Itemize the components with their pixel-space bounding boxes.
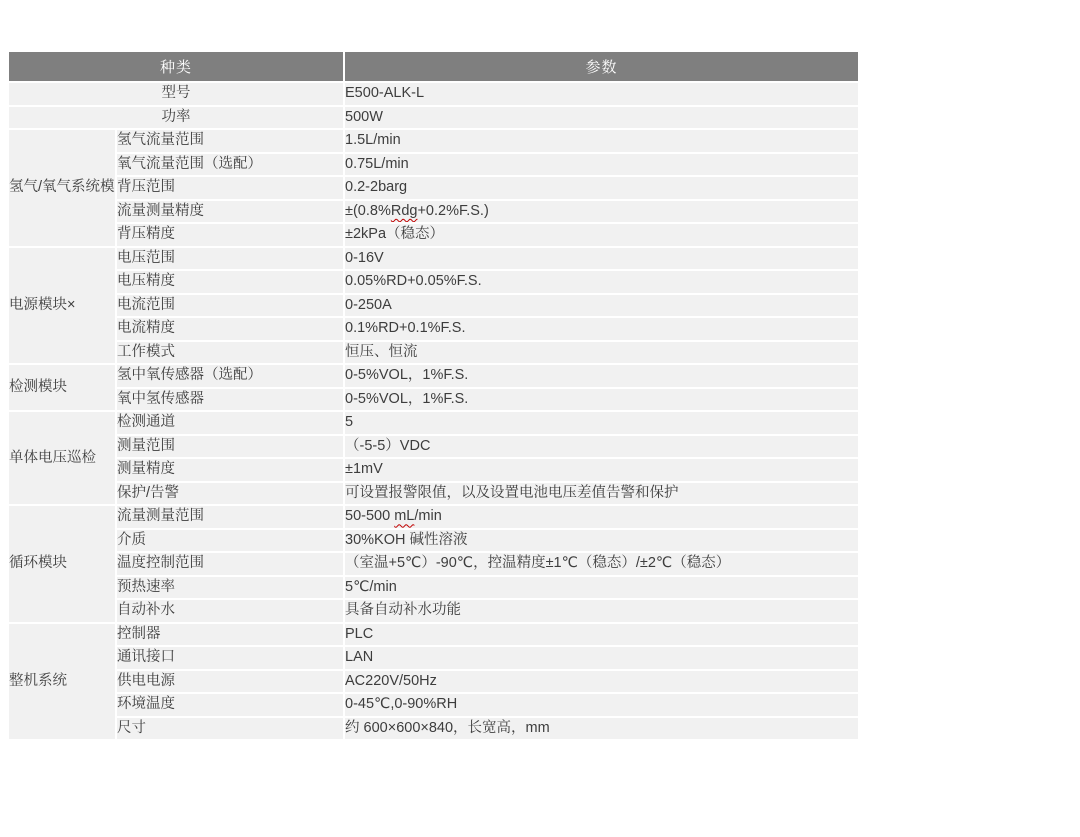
table-row: 尺寸 约 600×600×840，长宽高，mm: [8, 717, 859, 741]
param-name: 供电电源: [116, 670, 344, 694]
param-value: ±2kPa（稳态）: [344, 223, 859, 247]
param-value: 0-5%VOL，1%F.S.: [344, 364, 859, 388]
table-row: 检测模块 氢中氧传感器（选配） 0-5%VOL，1%F.S.: [8, 364, 859, 388]
table-row: 流量测量精度 ±(0.8%Rdg+0.2%F.S.): [8, 200, 859, 224]
param-name: 型号: [8, 82, 344, 106]
table-row: 背压精度 ±2kPa（稳态）: [8, 223, 859, 247]
param-name: 电压精度: [116, 270, 344, 294]
param-value: 0-5%VOL，1%F.S.: [344, 388, 859, 412]
table-row: 背压范围 0.2-2barg: [8, 176, 859, 200]
table-row: 型号 E500-ALK-L: [8, 82, 859, 106]
param-name: 尺寸: [116, 717, 344, 741]
spellcheck-underlined-text: Rdg: [391, 203, 418, 219]
param-name: 电压范围: [116, 247, 344, 271]
param-name: 工作模式: [116, 341, 344, 365]
param-value: AC220V/50Hz: [344, 670, 859, 694]
param-value: 5: [344, 411, 859, 435]
value-text: +0.2%F.S.): [417, 203, 488, 219]
param-name: 温度控制范围: [116, 552, 344, 576]
spellcheck-underlined-text: mL: [394, 508, 414, 524]
value-text: 50-500: [345, 508, 394, 524]
group-label: 循环模块: [8, 505, 116, 623]
param-name: 测量范围: [116, 435, 344, 459]
param-name: 检测通道: [116, 411, 344, 435]
param-value: E500-ALK-L: [344, 82, 859, 106]
value-text: /min: [414, 508, 441, 524]
param-value: PLC: [344, 623, 859, 647]
value-text: ±(0.8%: [345, 203, 391, 219]
param-value: 500W: [344, 106, 859, 130]
param-name: 流量测量范围: [116, 505, 344, 529]
spec-table: 种类 参数 型号 E500-ALK-L 功率 500W 氢气/氧气系统模块 氢气…: [7, 50, 860, 741]
param-name: 自动补水: [116, 599, 344, 623]
param-value: ±(0.8%Rdg+0.2%F.S.): [344, 200, 859, 224]
param-name: 通讯接口: [116, 646, 344, 670]
table-row: 介质 30%KOH 碱性溶液: [8, 529, 859, 553]
param-value: 具备自动补水功能: [344, 599, 859, 623]
table-row: 单体电压巡检 检测通道 5: [8, 411, 859, 435]
table-row: 氧中氢传感器 0-5%VOL，1%F.S.: [8, 388, 859, 412]
table-row: 工作模式 恒压、恒流: [8, 341, 859, 365]
page: 种类 参数 型号 E500-ALK-L 功率 500W 氢气/氧气系统模块 氢气…: [0, 0, 1080, 837]
column-header-type: 种类: [8, 51, 344, 82]
param-value: （室温+5℃）-90℃，控温精度±1℃（稳态）/±2℃（稳态）: [344, 552, 859, 576]
group-label: 电源模块×: [8, 247, 116, 365]
param-name: 氧中氢传感器: [116, 388, 344, 412]
table-row: 整机系统 控制器 PLC: [8, 623, 859, 647]
param-value: LAN: [344, 646, 859, 670]
param-value: （-5-5）VDC: [344, 435, 859, 459]
param-value: 恒压、恒流: [344, 341, 859, 365]
param-name: 氢气流量范围: [116, 129, 344, 153]
param-value: 0.1%RD+0.1%F.S.: [344, 317, 859, 341]
table-row: 环境温度 0-45℃,0-90%RH: [8, 693, 859, 717]
table-row: 供电电源 AC220V/50Hz: [8, 670, 859, 694]
group-label: 单体电压巡检: [8, 411, 116, 505]
table-row: 测量精度 ±1mV: [8, 458, 859, 482]
param-value: 0.75L/min: [344, 153, 859, 177]
param-name: 测量精度: [116, 458, 344, 482]
table-row: 循环模块 流量测量范围 50-500 mL/min: [8, 505, 859, 529]
param-value: 0-45℃,0-90%RH: [344, 693, 859, 717]
param-value: 5℃/min: [344, 576, 859, 600]
param-name: 保护/告警: [116, 482, 344, 506]
group-label: 整机系统: [8, 623, 116, 741]
param-value: ±1mV: [344, 458, 859, 482]
param-name: 流量测量精度: [116, 200, 344, 224]
param-value: 50-500 mL/min: [344, 505, 859, 529]
table-row: 电流范围 0-250A: [8, 294, 859, 318]
param-name: 背压精度: [116, 223, 344, 247]
param-name: 氢中氧传感器（选配）: [116, 364, 344, 388]
table-row: 电流精度 0.1%RD+0.1%F.S.: [8, 317, 859, 341]
param-value: 约 600×600×840，长宽高，mm: [344, 717, 859, 741]
table-row: 预热速率 5℃/min: [8, 576, 859, 600]
param-name: 电流精度: [116, 317, 344, 341]
table-row: 功率 500W: [8, 106, 859, 130]
param-name: 介质: [116, 529, 344, 553]
param-value: 0-16V: [344, 247, 859, 271]
table-row: 保护/告警 可设置报警限值，以及设置电池电压差值告警和保护: [8, 482, 859, 506]
param-name: 电流范围: [116, 294, 344, 318]
param-name: 背压范围: [116, 176, 344, 200]
param-name: 预热速率: [116, 576, 344, 600]
param-value: 1.5L/min: [344, 129, 859, 153]
group-label: 检测模块: [8, 364, 116, 411]
param-name: 功率: [8, 106, 344, 130]
param-name: 环境温度: [116, 693, 344, 717]
param-value: 0.2-2barg: [344, 176, 859, 200]
table-row: 温度控制范围 （室温+5℃）-90℃，控温精度±1℃（稳态）/±2℃（稳态）: [8, 552, 859, 576]
table-row: 电源模块× 电压范围 0-16V: [8, 247, 859, 271]
param-name: 氧气流量范围（选配）: [116, 153, 344, 177]
param-value: 30%KOH 碱性溶液: [344, 529, 859, 553]
param-name: 控制器: [116, 623, 344, 647]
param-value: 0-250A: [344, 294, 859, 318]
table-row: 通讯接口 LAN: [8, 646, 859, 670]
table-row: 电压精度 0.05%RD+0.05%F.S.: [8, 270, 859, 294]
header-row: 种类 参数: [8, 51, 859, 82]
table-row: 氧气流量范围（选配） 0.75L/min: [8, 153, 859, 177]
group-label: 氢气/氧气系统模块: [8, 129, 116, 247]
table-row: 自动补水 具备自动补水功能: [8, 599, 859, 623]
param-value: 可设置报警限值，以及设置电池电压差值告警和保护: [344, 482, 859, 506]
table-row: 测量范围 （-5-5）VDC: [8, 435, 859, 459]
column-header-param: 参数: [344, 51, 859, 82]
table-row: 氢气/氧气系统模块 氢气流量范围 1.5L/min: [8, 129, 859, 153]
param-value: 0.05%RD+0.05%F.S.: [344, 270, 859, 294]
